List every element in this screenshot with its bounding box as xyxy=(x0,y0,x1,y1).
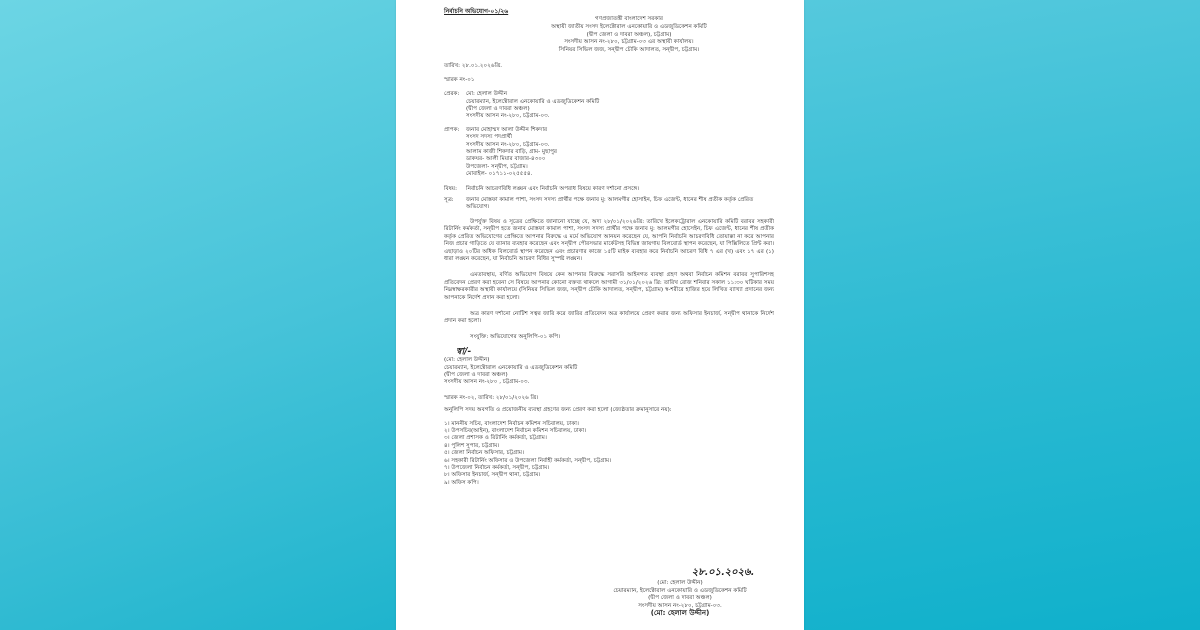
reference-text: জনাব মোস্তফা কামাল পাশা, সংসদ সদস্য প্রা… xyxy=(466,197,774,212)
sender-details: মো: হেলাল উদ্দীন চেয়ারম্যান, ইলেক্টোরাল… xyxy=(466,91,774,121)
recipient-block: প্রাপক: জনাব মোহাম্মদ আলা উদ্দীন শিকদার … xyxy=(444,127,774,179)
date-line: তারিখ: ২৮.০১.২০২৬খ্রি. xyxy=(444,63,774,70)
recipient-line: মোবাইল- ০১৭১১-০২৫৫৫৪. xyxy=(466,171,774,178)
sender-label: প্রেরক: xyxy=(444,91,466,98)
sender-line: চেয়ারম্যান, ইলেক্টোরাল এনকোয়ারি ও এডজু… xyxy=(466,99,774,106)
signature-block-2: ২৮.০১.২০২৬. (মো: হেলাল উদ্দীন) চেয়ারম্য… xyxy=(572,566,788,618)
letter-content: নির্বাচনি অভিযোগ-০১/২৬ গণপ্রজাতন্ত্রী বা… xyxy=(444,8,774,487)
signatory-line: (মো: হেলাল উদ্দীন) xyxy=(444,357,774,364)
reference-label: সূত্র: xyxy=(444,197,466,204)
scanned-letter: নির্বাচনি অভিযোগ-০১/২৬ গণপ্রজাতন্ত্রী বা… xyxy=(396,0,804,630)
signatory-line: চেয়ারম্যান, ইলেক্টোরাল এনকোয়ারি ও এডজু… xyxy=(444,365,774,372)
sender-line: মো: হেলাল উদ্দীন xyxy=(466,91,774,98)
background-right xyxy=(804,0,1200,630)
recipient-line: ডাকঘর- আলী মিয়ার বাজার-৪৩০০ xyxy=(466,156,774,163)
memo-number-2: স্মারক নং-০২, তারিখ: ২৮/০১/২০২৬ খ্রি। xyxy=(444,395,774,402)
signatory-stamp-name: (মো: হেলাল উদ্দীন) xyxy=(572,610,788,618)
reference-block: সূত্র: জনাব মোস্তফা কামাল পাশা, সংসদ সদস… xyxy=(444,197,774,212)
subject-block: বিষয়: নির্বাচনি আচরণবিধি লঙ্ঘন এবং নির্… xyxy=(444,186,774,193)
recipient-line: সংসদ সদস্য পদপ্রার্থী xyxy=(466,134,774,141)
distribution-item: ৩। জেলা প্রশাসক ও রিটার্নিং কর্মকর্তা, চ… xyxy=(444,435,774,442)
sender-block: প্রেরক: মো: হেলাল উদ্দীন চেয়ারম্যান, ইল… xyxy=(444,91,774,121)
recipient-line: জনাব মোহাম্মদ আলা উদ্দীন শিকদার xyxy=(466,127,774,134)
recipient-label: প্রাপক: xyxy=(444,127,466,134)
subject-label: বিষয়: xyxy=(444,186,466,193)
recipient-line: সংসদীয় আসন নং-২৮০, চট্টগ্রাম-০৩. xyxy=(466,142,774,149)
letterhead: গণপ্রজাতন্ত্রী বাংলাদেশ সরকার অস্থায়ী জ… xyxy=(484,16,774,54)
body-paragraph-1: উপর্যুক্ত বিষয় ও সূত্রের প্রেক্ষিতে জান… xyxy=(444,219,774,263)
handwritten-signature-date: ২৮.০১.২০২৬. xyxy=(572,566,788,580)
body-paragraph-2: এমতাবস্থায়, বর্ণিত অভিযোগ বিষয়ে কেন আপ… xyxy=(444,272,774,302)
letterhead-committee: অস্থায়ী জাতীয় সংসদ ইলেক্টোরাল এনকোয়ার… xyxy=(484,24,774,32)
signatory-line: (দ্বীপ জেলা ও দাবরা অঞ্চল) xyxy=(572,595,788,603)
distribution-item: ৮। অফিসার ইনচার্জ, সন্দ্বীপ থানা, চট্টগ্… xyxy=(444,472,774,479)
memo-number: স্মারক নং-০১ xyxy=(444,77,774,84)
letterhead-address: সিনিয়র সিভিল জজ, সন্দ্বীপ চৌকি আদালত, স… xyxy=(484,47,774,55)
attachment-note: সংযুক্তি: অভিযোগের অনুলিপি-০১ কপি। xyxy=(444,334,774,341)
distribution-item: ৫। জেলা নির্বাচন অফিসার, চট্টগ্রাম। xyxy=(444,450,774,457)
signatory-line: সংসদীয় আসন নং-২৮০ , চট্টগ্রাম-০৩. xyxy=(444,379,774,386)
distribution-item: ৯। অফিস কপি। xyxy=(444,480,774,487)
letterhead-office: সংসদীয় আসন নং-২৮০, চট্টগ্রাম-০৩ এর অস্থ… xyxy=(484,39,774,47)
signature-mark: স্বা/- xyxy=(456,347,774,357)
background-left xyxy=(0,0,396,630)
signature-block-1: (মো: হেলাল উদ্দীন) চেয়ারম্যান, ইলেক্টোর… xyxy=(444,357,774,387)
distribution-intro: অনুলিপি সদয় অবগতি ও প্রয়োজনীয় ব্যবস্থ… xyxy=(444,407,774,414)
signatory-line: (মো: হেলাল উদ্দীন) xyxy=(572,580,788,588)
recipient-details: জনাব মোহাম্মদ আলা উদ্দীন শিকদার সংসদ সদস… xyxy=(466,127,774,179)
sender-line: সংসদীয় আসন নং-২৮০, চট্টগ্রাম-০৩. xyxy=(466,113,774,120)
letterhead-government: গণপ্রজাতন্ত্রী বাংলাদেশ সরকার xyxy=(484,16,774,24)
distribution-item: ১। মাননীয় সচিব, বাংলাদেশ নির্বাচন কমিশন… xyxy=(444,421,774,428)
distribution-list: অনুলিপি সদয় অবগতি ও প্রয়োজনীয় ব্যবস্থ… xyxy=(444,407,774,487)
body-paragraph-3: অত্র কারণ দর্শানো নোটিশ সত্বর জারি করে জ… xyxy=(444,311,774,326)
distribution-item: ৬। সহকারী রিটার্নিং অফিসার ও উপজেলা নির্… xyxy=(444,458,774,465)
memo-reference: নির্বাচনি অভিযোগ-০১/২৬ xyxy=(444,8,774,15)
subject-text: নির্বাচনি আচরণবিধি লঙ্ঘন এবং নির্বাচনি অ… xyxy=(466,186,774,193)
